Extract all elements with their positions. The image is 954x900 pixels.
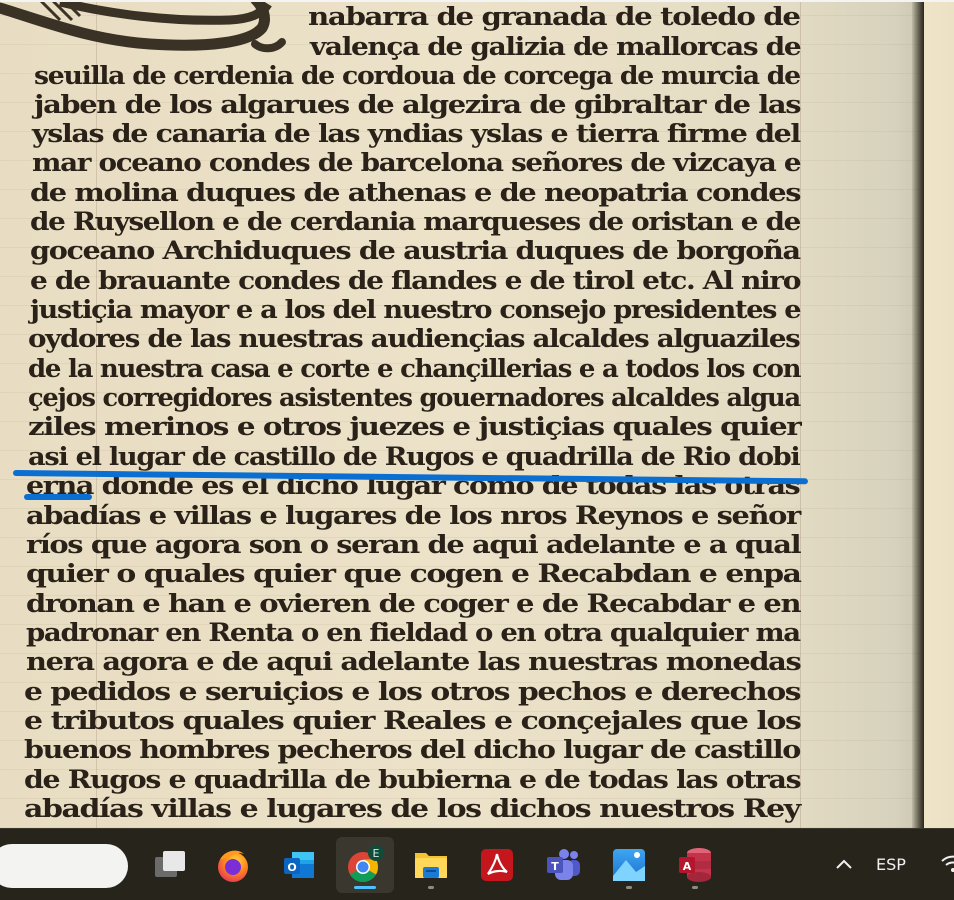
page-gutter-shadow (912, 0, 924, 828)
task-view-icon (147, 845, 187, 885)
text-line: e tributos quales quier Reales e conçeja… (24, 706, 800, 735)
file-explorer-icon (411, 845, 451, 885)
text-line-annotated: asi el lugar de castillo de Rugos e quad… (28, 442, 799, 471)
text-line: goceano Archiduques de austria duques de… (30, 236, 800, 265)
taskbar: O E (0, 828, 954, 900)
text-line: buenos hombres pecheros del dicho lugar … (24, 735, 800, 764)
taskbar-app-chrome[interactable]: E (336, 837, 394, 893)
text-line: justiçia mayor e a los del nuestro conse… (30, 295, 800, 324)
svg-text:A: A (683, 860, 692, 873)
teams-icon: T (543, 845, 583, 885)
taskbar-app-acrobat[interactable] (468, 837, 526, 893)
text-line: de Ruysellon e de cerdania marqueses de … (30, 207, 800, 236)
text-line: e pedidos e seruiçios e los otros pechos… (24, 677, 800, 706)
text-line: nera agora e de aqui adelante las nuestr… (26, 647, 800, 676)
running-indicator (692, 886, 698, 889)
adjacent-page-edge (924, 0, 954, 828)
access-icon: A (675, 845, 715, 885)
text-line: dronan e han e ovieren de coger e de Rec… (26, 589, 800, 618)
task-view-button[interactable] (138, 837, 196, 893)
text-line: abadías e villas e lugares de los nros R… (26, 501, 800, 530)
focused-indicator (354, 886, 376, 889)
text-line: jaben de los algarues de algezira de gib… (34, 90, 800, 119)
network-status-button[interactable] (940, 851, 954, 877)
text-line: seuilla de cerdenia de cordoua de corceg… (34, 61, 800, 90)
taskbar-app-access[interactable]: A (666, 837, 724, 893)
acrobat-icon (478, 846, 516, 884)
text-line: de la nuestra casa e corte e chançilleri… (28, 354, 800, 383)
text-line: mar oceano condes de barcelona señores d… (32, 148, 800, 177)
text-line: valença de galizia de mallorcas de (310, 32, 800, 61)
manuscript-page[interactable]: nabarra de granada de toledo de valença … (0, 0, 922, 828)
text-line: de Rugos e quadrilla de bubierna e de to… (24, 765, 800, 794)
taskbar-app-file-explorer[interactable] (402, 837, 460, 893)
window-top-border (0, 0, 954, 2)
text-line: padronar en Renta o en fieldad o en otra… (26, 618, 800, 647)
text-line: nabarra de granada de toledo de (308, 2, 800, 31)
running-indicator (428, 886, 434, 889)
input-language-indicator[interactable]: ESP (876, 851, 906, 879)
annotation-underline (24, 494, 92, 500)
text-line: de molina duques de athenas e de neopatr… (30, 178, 800, 207)
taskbar-app-firefox[interactable] (204, 837, 262, 893)
text-line: ríos que agora son o seran de aqui adela… (26, 530, 800, 559)
taskbar-app-photos[interactable] (600, 837, 658, 893)
chrome-icon: E (343, 843, 387, 887)
outlook-icon: O (280, 846, 318, 884)
firefox-icon (214, 846, 252, 884)
text-line: quier o quales quier que cogen e Recabda… (26, 559, 801, 588)
svg-text:O: O (287, 861, 296, 874)
text-line: ziles merinos e otros juezes e justiçias… (28, 412, 800, 441)
text-line: yslas de canaria de las yndias yslas e t… (32, 119, 800, 148)
initial-letter-flourish (0, 0, 300, 60)
svg-text:T: T (551, 860, 559, 873)
text-line: çejos corregidores asistentes gouernador… (28, 383, 800, 412)
taskbar-search-box[interactable] (0, 844, 128, 888)
taskbar-app-teams[interactable]: T (534, 837, 592, 893)
chevron-up-icon (835, 858, 853, 870)
show-hidden-icons-button[interactable] (830, 849, 858, 879)
wifi-icon (940, 851, 954, 877)
svg-text:E: E (373, 847, 380, 860)
photos-icon (610, 846, 648, 884)
taskbar-app-outlook[interactable]: O (270, 837, 328, 893)
text-line: e de brauante condes de flandes e de tir… (30, 266, 800, 295)
running-indicator (626, 886, 632, 889)
document-viewer[interactable]: nabarra de granada de toledo de valença … (0, 0, 954, 828)
text-line: abadías villas e lugares de los dichos n… (24, 794, 800, 823)
text-line: oydores de las nuestras audiençias alcal… (28, 324, 799, 353)
